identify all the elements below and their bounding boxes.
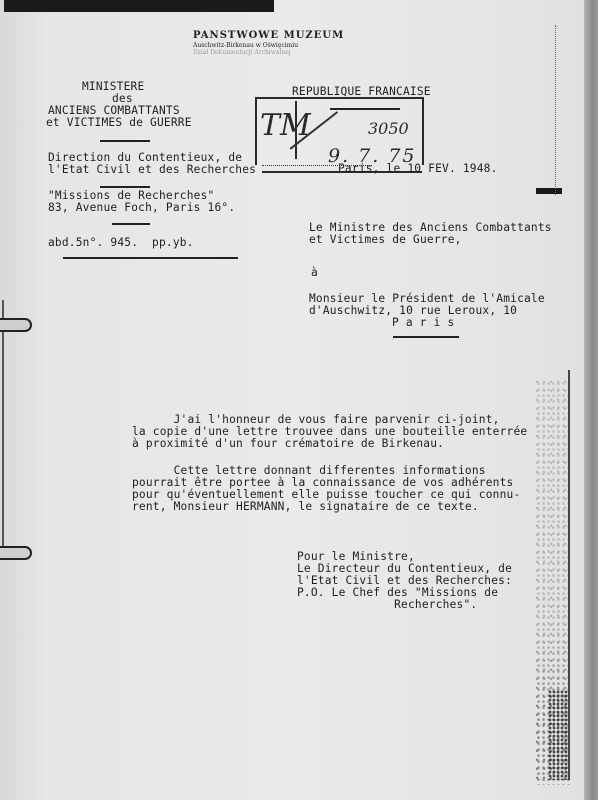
binder-ring-top — [0, 318, 32, 332]
reference-number: abd.5n°. 945. pp.yb. — [48, 237, 194, 250]
museum-name: PANSTWOWE MUZEUM — [193, 30, 344, 41]
museum-department: Dział Dokumentacji Archiwalnej — [193, 49, 344, 56]
museum-location: Auschwitz-Birkenau w Oświęcimiu — [193, 42, 344, 49]
rule — [330, 108, 400, 110]
place-date: Paris, le 10 FEV. 1948. — [338, 163, 498, 176]
binder-ring-bottom — [0, 546, 32, 560]
recipient-line-3: P a r i s — [392, 317, 454, 330]
rule — [63, 257, 238, 259]
body-p1-line-3: à proximité d'un four crématoire de Birk… — [132, 438, 444, 451]
body-p2-line-4: rent, Monsieur HERMANN, le signataire de… — [132, 501, 479, 514]
mission-line-2: 83, Avenue Foch, Paris 16°. — [48, 202, 235, 215]
copy-noise-dark — [548, 690, 570, 780]
margin-dots — [555, 25, 557, 195]
signature-line-5: Recherches". — [297, 599, 477, 612]
republic-heading: REPUBLIQUE FRANCAISE — [292, 86, 431, 99]
rule — [100, 140, 150, 142]
ministry-line-4: et VICTIMES de GUERRE — [46, 117, 192, 130]
top-dark-edge — [4, 0, 274, 12]
from-line-2: et Victimes de Guerre, — [309, 234, 462, 247]
archive-number: 3050 — [368, 119, 409, 138]
to-word: à — [311, 267, 318, 280]
left-margin-line — [2, 300, 4, 550]
museum-archive-stamp: PANSTWOWE MUZEUM Auschwitz-Birkenau w Oś… — [193, 30, 344, 56]
rule — [100, 186, 150, 188]
rule — [393, 336, 459, 338]
binder-edge — [584, 0, 598, 800]
ink-mark — [536, 188, 562, 194]
right-margin-line — [568, 370, 570, 780]
direction-line-2: l'Etat Civil et des Recherches — [48, 164, 256, 177]
rule — [112, 223, 150, 225]
